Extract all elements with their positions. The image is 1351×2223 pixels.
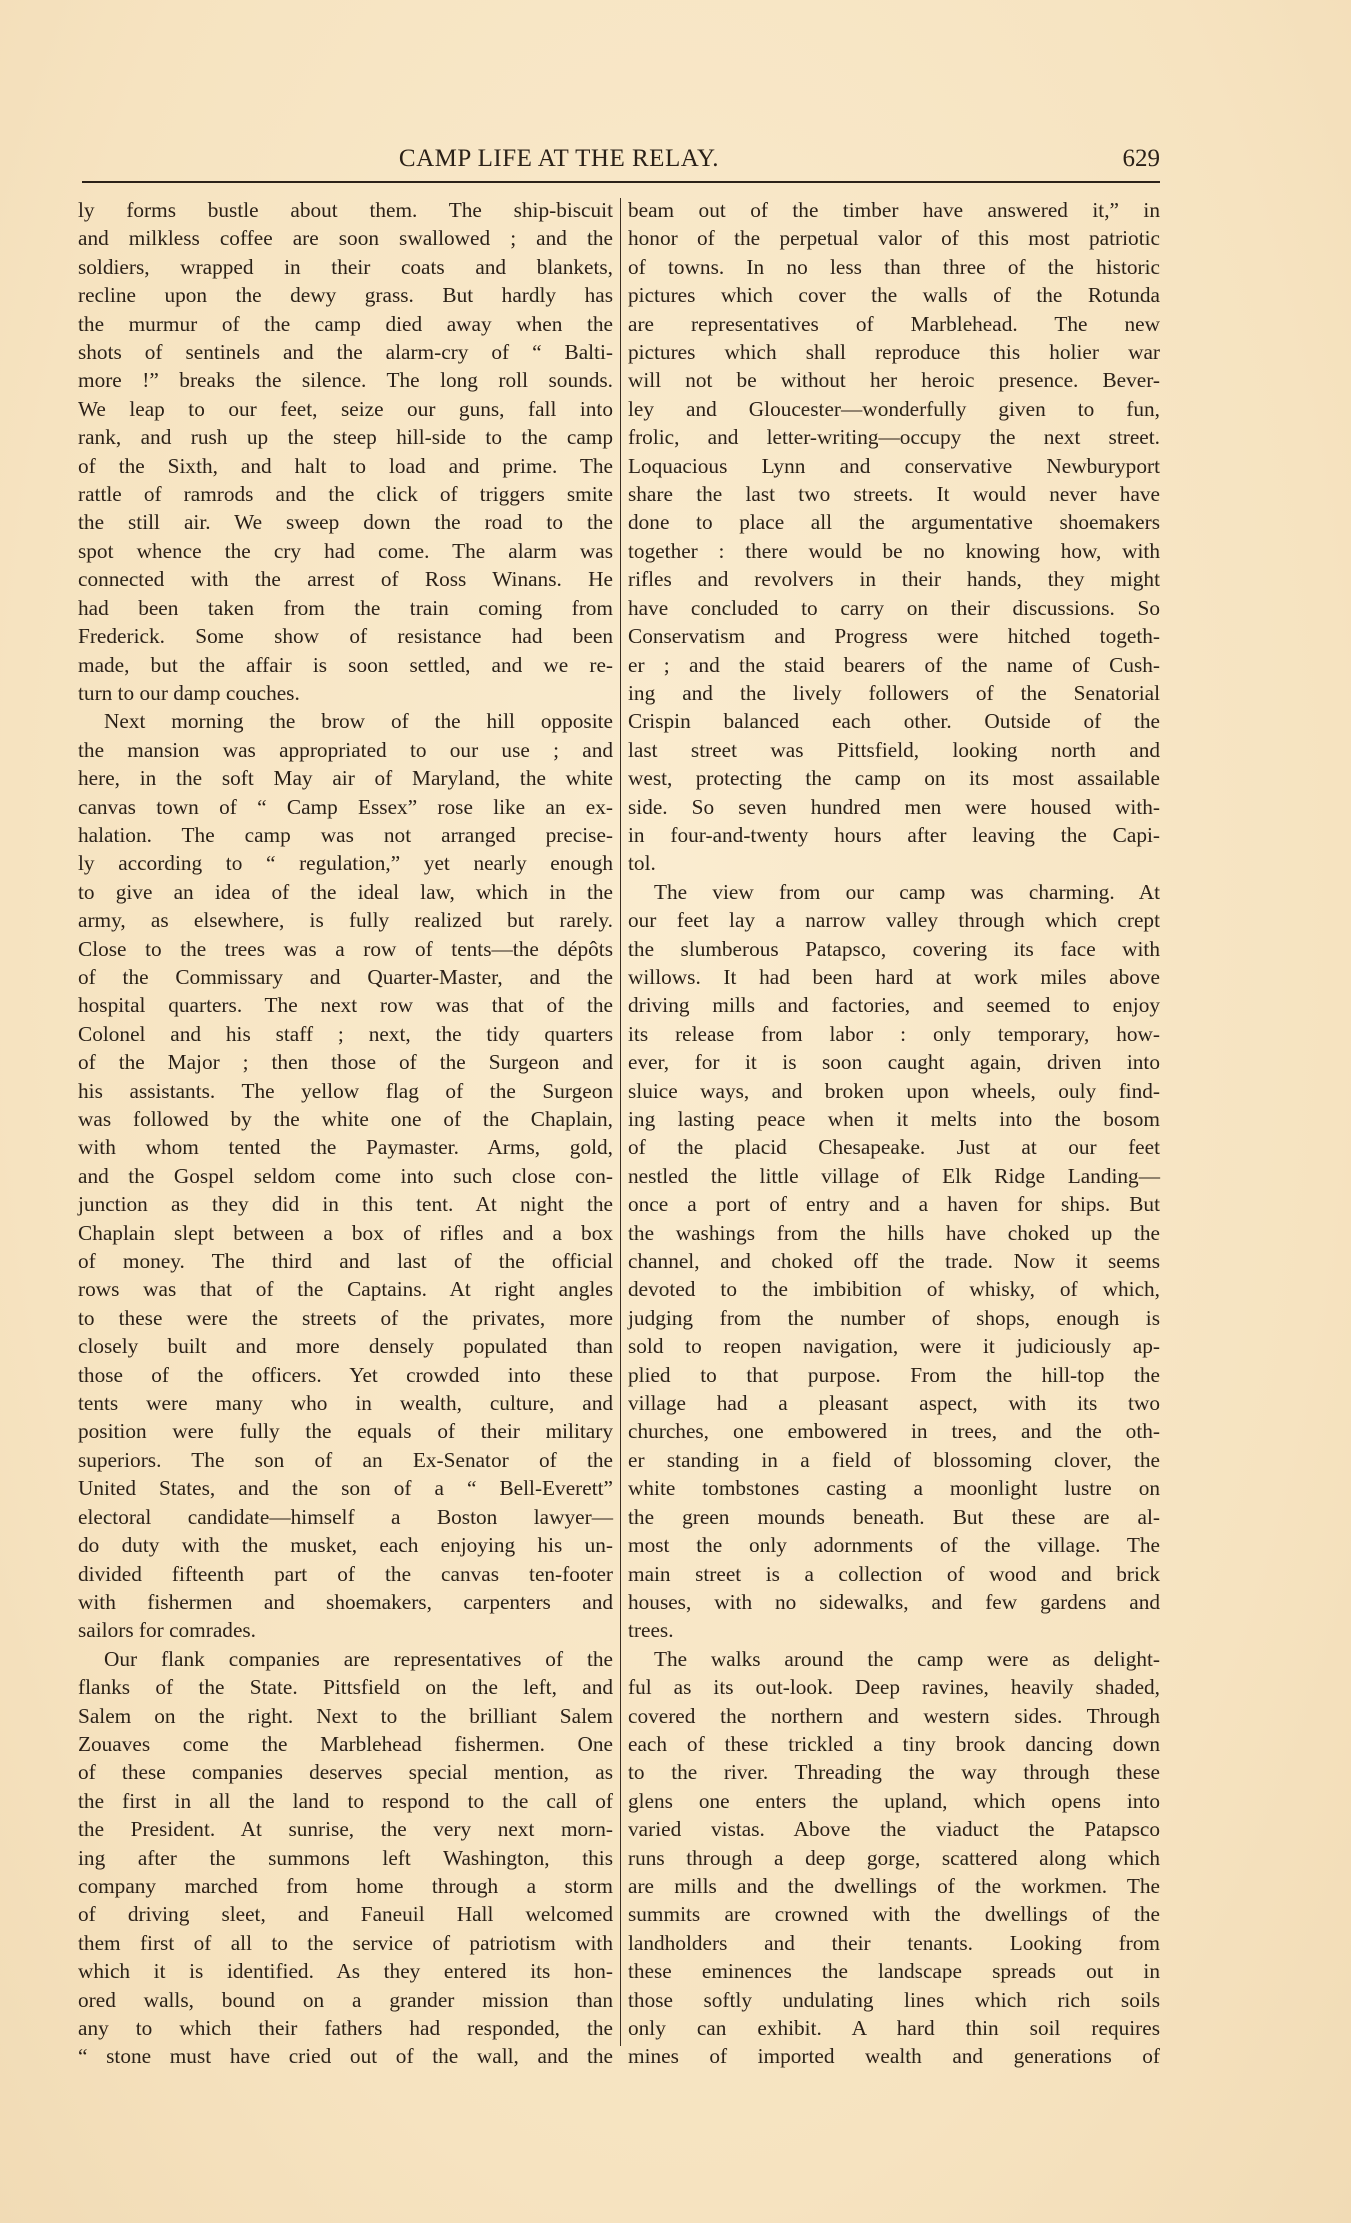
left-column: ly forms bustle about them. The ship-bis… bbox=[78, 196, 613, 2071]
text-line: those softly undulating lines which rich… bbox=[628, 1986, 1160, 2014]
text-line: with fishermen and shoemakers, carpenter… bbox=[78, 1588, 613, 1616]
text-line: to these were the streets of the private… bbox=[78, 1304, 613, 1332]
text-line: flanks of the State. Pittsfield on the l… bbox=[78, 1673, 613, 1701]
text-line: company marched from home through a stor… bbox=[78, 1872, 613, 1900]
text-line: with whom tented the Paymaster. Arms, go… bbox=[78, 1133, 613, 1161]
text-line: electoral candidate—himself a Boston law… bbox=[78, 1503, 613, 1531]
text-line: ing after the summons left Washington, t… bbox=[78, 1844, 613, 1872]
text-line: Close to the trees was a row of tents—th… bbox=[78, 935, 613, 963]
text-line: glens one enters the upland, which opens… bbox=[628, 1787, 1160, 1815]
text-line: junction as they did in this tent. At ni… bbox=[78, 1190, 613, 1218]
text-line: superiors. The son of an Ex-Senator of t… bbox=[78, 1446, 613, 1474]
text-line: The walks around the camp were as deligh… bbox=[628, 1645, 1160, 1673]
text-line: closely built and more densely populated… bbox=[78, 1332, 613, 1360]
text-line: will not be without her heroic presence.… bbox=[628, 366, 1160, 394]
text-line: these eminences the landscape spreads ou… bbox=[628, 1957, 1160, 1985]
text-line: canvas town of “ Camp Essex” rose like a… bbox=[78, 793, 613, 821]
text-line: his assistants. The yellow flag of the S… bbox=[78, 1077, 613, 1105]
text-line: side. So seven hundred men were housed w… bbox=[628, 793, 1160, 821]
text-line: churches, one embowered in trees, and th… bbox=[628, 1417, 1160, 1445]
text-line: sluice ways, and broken upon wheels, oul… bbox=[628, 1077, 1160, 1105]
text-line: Chaplain slept between a box of rifles a… bbox=[78, 1219, 613, 1247]
text-line: white tombstones casting a moonlight lus… bbox=[628, 1474, 1160, 1502]
text-line: of these companies deserves special ment… bbox=[78, 1758, 613, 1786]
text-line: have concluded to carry on their discuss… bbox=[628, 594, 1160, 622]
text-line: most the only adornments of the village.… bbox=[628, 1531, 1160, 1559]
text-line: ful as its out-look. Deep ravines, heavi… bbox=[628, 1673, 1160, 1701]
text-line: to give an idea of the ideal law, which … bbox=[78, 878, 613, 906]
column-divider bbox=[620, 198, 621, 2046]
text-line: here, in the soft May air of Maryland, t… bbox=[78, 764, 613, 792]
text-line: was followed by the white one of the Cha… bbox=[78, 1105, 613, 1133]
text-line: them first of all to the service of patr… bbox=[78, 1929, 613, 1957]
text-line: Loquacious Lynn and conservative Newbury… bbox=[628, 452, 1160, 480]
text-line: rattle of ramrods and the click of trigg… bbox=[78, 480, 613, 508]
text-line: “ stone must have cried out of the wall,… bbox=[78, 2042, 613, 2070]
text-line: recline upon the dewy grass. But hardly … bbox=[78, 281, 613, 309]
text-line: runs through a deep gorge, scattered alo… bbox=[628, 1844, 1160, 1872]
text-line: which it is identified. As they entered … bbox=[78, 1957, 613, 1985]
text-line: houses, with no sidewalks, and few garde… bbox=[628, 1588, 1160, 1616]
text-line: more !” breaks the silence. The long rol… bbox=[78, 366, 613, 394]
text-line: done to place all the argumentative shoe… bbox=[628, 508, 1160, 536]
text-line: ing and the lively followers of the Sena… bbox=[628, 679, 1160, 707]
text-line: once a port of entry and a haven for shi… bbox=[628, 1190, 1160, 1218]
text-line: main street is a collection of wood and … bbox=[628, 1560, 1160, 1588]
text-line: judging from the number of shops, enough… bbox=[628, 1304, 1160, 1332]
text-line: the murmur of the camp died away when th… bbox=[78, 310, 613, 338]
right-column: beam out of the timber have answered it,… bbox=[628, 196, 1160, 2071]
text-line: rank, and rush up the steep hill-side to… bbox=[78, 423, 613, 451]
text-line: hospital quarters. The next row was that… bbox=[78, 991, 613, 1019]
text-line: the first in all the land to respond to … bbox=[78, 1787, 613, 1815]
text-line: of the Major ; then those of the Surgeon… bbox=[78, 1048, 613, 1076]
text-line: together : there would be no knowing how… bbox=[628, 537, 1160, 565]
text-line: ly according to “ regulation,” yet nearl… bbox=[78, 849, 613, 877]
text-line: those of the officers. Yet crowded into … bbox=[78, 1361, 613, 1389]
text-line: Salem on the right. Next to the brillian… bbox=[78, 1702, 613, 1730]
text-line: frolic, and letter-writing—occupy the ne… bbox=[628, 423, 1160, 451]
text-line: any to which their fathers had responded… bbox=[78, 2014, 613, 2042]
text-line: in four-and-twenty hours after leaving t… bbox=[628, 821, 1160, 849]
text-line: Next morning the brow of the hill opposi… bbox=[78, 707, 613, 735]
text-line: last street was Pittsfield, looking nort… bbox=[628, 736, 1160, 764]
text-line: pictures which cover the walls of the Ro… bbox=[628, 281, 1160, 309]
text-line: er standing in a field of blossoming clo… bbox=[628, 1446, 1160, 1474]
text-line: connected with the arrest of Ross Winans… bbox=[78, 565, 613, 593]
text-line: driving mills and factories, and seemed … bbox=[628, 991, 1160, 1019]
text-line: the slumberous Patapsco, covering its fa… bbox=[628, 935, 1160, 963]
text-line: west, protecting the camp on its most as… bbox=[628, 764, 1160, 792]
text-line: of the Sixth, and halt to load and prime… bbox=[78, 452, 613, 480]
text-line: are mills and the dwellings of the workm… bbox=[628, 1872, 1160, 1900]
text-line: the washings from the hills have choked … bbox=[628, 1219, 1160, 1247]
text-line: the green mounds beneath. But these are … bbox=[628, 1503, 1160, 1531]
text-line: devoted to the imbibition of whisky, of … bbox=[628, 1275, 1160, 1303]
text-line: Colonel and his staff ; next, the tidy q… bbox=[78, 1020, 613, 1048]
text-line: ly forms bustle about them. The ship-bis… bbox=[78, 196, 613, 224]
text-line: We leap to our feet, seize our guns, fal… bbox=[78, 395, 613, 423]
text-line: the President. At sunrise, the very next… bbox=[78, 1815, 613, 1843]
text-line: soldiers, wrapped in their coats and bla… bbox=[78, 253, 613, 281]
text-line: divided fifteenth part of the canvas ten… bbox=[78, 1560, 613, 1588]
text-line: of the Commissary and Quarter-Master, an… bbox=[78, 963, 613, 991]
running-head: CAMP LIFE AT THE RELAY. 629 bbox=[78, 142, 1160, 176]
text-line: ored walls, bound on a grander mission t… bbox=[78, 1986, 613, 2014]
text-line: and the Gospel seldom come into such clo… bbox=[78, 1162, 613, 1190]
text-line: nestled the little village of Elk Ridge … bbox=[628, 1162, 1160, 1190]
text-line: Crispin balanced each other. Outside of … bbox=[628, 707, 1160, 735]
text-line: rows was that of the Captains. At right … bbox=[78, 1275, 613, 1303]
text-line: pictures which shall reproduce this holi… bbox=[628, 338, 1160, 366]
text-line: willows. It had been hard at work miles … bbox=[628, 963, 1160, 991]
text-line: plied to that purpose. From the hill-top… bbox=[628, 1361, 1160, 1389]
text-line: of money. The third and last of the offi… bbox=[78, 1247, 613, 1275]
text-line: and milkless coffee are soon swallowed ;… bbox=[78, 224, 613, 252]
text-line: Zouaves come the Marblehead fishermen. O… bbox=[78, 1730, 613, 1758]
header-rule bbox=[82, 181, 1160, 183]
text-line: Frederick. Some show of resistance had b… bbox=[78, 622, 613, 650]
text-line: halation. The camp was not arranged prec… bbox=[78, 821, 613, 849]
text-line: are representatives of Marblehead. The n… bbox=[628, 310, 1160, 338]
text-line: varied vistas. Above the viaduct the Pat… bbox=[628, 1815, 1160, 1843]
text-line: rifles and revolvers in their hands, the… bbox=[628, 565, 1160, 593]
text-line: do duty with the musket, each enjoying h… bbox=[78, 1531, 613, 1559]
text-line: channel, and choked off the trade. Now i… bbox=[628, 1247, 1160, 1275]
text-line: army, as elsewhere, is fully realized bu… bbox=[78, 906, 613, 934]
page-number: 629 bbox=[1123, 142, 1161, 176]
text-line: The view from our camp was charming. At bbox=[628, 878, 1160, 906]
text-line: turn to our damp couches. bbox=[78, 679, 613, 707]
text-line: trees. bbox=[628, 1616, 1160, 1644]
text-line: our feet lay a narrow valley through whi… bbox=[628, 906, 1160, 934]
text-line: the still air. We sweep down the road to… bbox=[78, 508, 613, 536]
text-line: the mansion was appropriated to our use … bbox=[78, 736, 613, 764]
text-line: of towns. In no less than three of the h… bbox=[628, 253, 1160, 281]
text-line: mines of imported wealth and generations… bbox=[628, 2042, 1160, 2070]
text-line: only can exhibit. A hard thin soil requi… bbox=[628, 2014, 1160, 2042]
text-line: sold to reopen navigation, were it judic… bbox=[628, 1332, 1160, 1360]
text-line: ley and Gloucester—wonderfully given to … bbox=[628, 395, 1160, 423]
text-line: sailors for comrades. bbox=[78, 1616, 613, 1644]
book-page: CAMP LIFE AT THE RELAY. 629 ly forms bus… bbox=[0, 0, 1351, 2223]
text-line: village had a pleasant aspect, with its … bbox=[628, 1389, 1160, 1417]
text-line: summits are crowned with the dwellings o… bbox=[628, 1900, 1160, 1928]
text-line: Conservatism and Progress were hitched t… bbox=[628, 622, 1160, 650]
text-line: ever, for it is soon caught again, drive… bbox=[628, 1048, 1160, 1076]
text-line: its release from labor : only temporary,… bbox=[628, 1020, 1160, 1048]
text-line: each of these trickled a tiny brook danc… bbox=[628, 1730, 1160, 1758]
text-line: tol. bbox=[628, 849, 1160, 877]
text-line: shots of sentinels and the alarm-cry of … bbox=[78, 338, 613, 366]
text-line: spot whence the cry had come. The alarm … bbox=[78, 537, 613, 565]
text-line: made, but the affair is soon settled, an… bbox=[78, 651, 613, 679]
text-line: had been taken from the train coming fro… bbox=[78, 594, 613, 622]
text-line: share the last two streets. It would nev… bbox=[628, 480, 1160, 508]
text-line: to the river. Threading the way through … bbox=[628, 1758, 1160, 1786]
running-title: CAMP LIFE AT THE RELAY. bbox=[78, 142, 1160, 176]
text-line: position were fully the equals of their … bbox=[78, 1417, 613, 1445]
text-line: Our flank companies are representatives … bbox=[78, 1645, 613, 1673]
text-line: ing lasting peace when it melts into the… bbox=[628, 1105, 1160, 1133]
text-line: honor of the perpetual valor of this mos… bbox=[628, 224, 1160, 252]
text-line: landholders and their tenants. Looking f… bbox=[628, 1929, 1160, 1957]
text-line: United States, and the son of a “ Bell-E… bbox=[78, 1474, 613, 1502]
text-line: of the placid Chesapeake. Just at our fe… bbox=[628, 1133, 1160, 1161]
text-line: tents were many who in wealth, culture, … bbox=[78, 1389, 613, 1417]
text-line: of driving sleet, and Faneuil Hall welco… bbox=[78, 1900, 613, 1928]
text-line: covered the northern and western sides. … bbox=[628, 1702, 1160, 1730]
text-line: beam out of the timber have answered it,… bbox=[628, 196, 1160, 224]
text-line: er ; and the staid bearers of the name o… bbox=[628, 651, 1160, 679]
